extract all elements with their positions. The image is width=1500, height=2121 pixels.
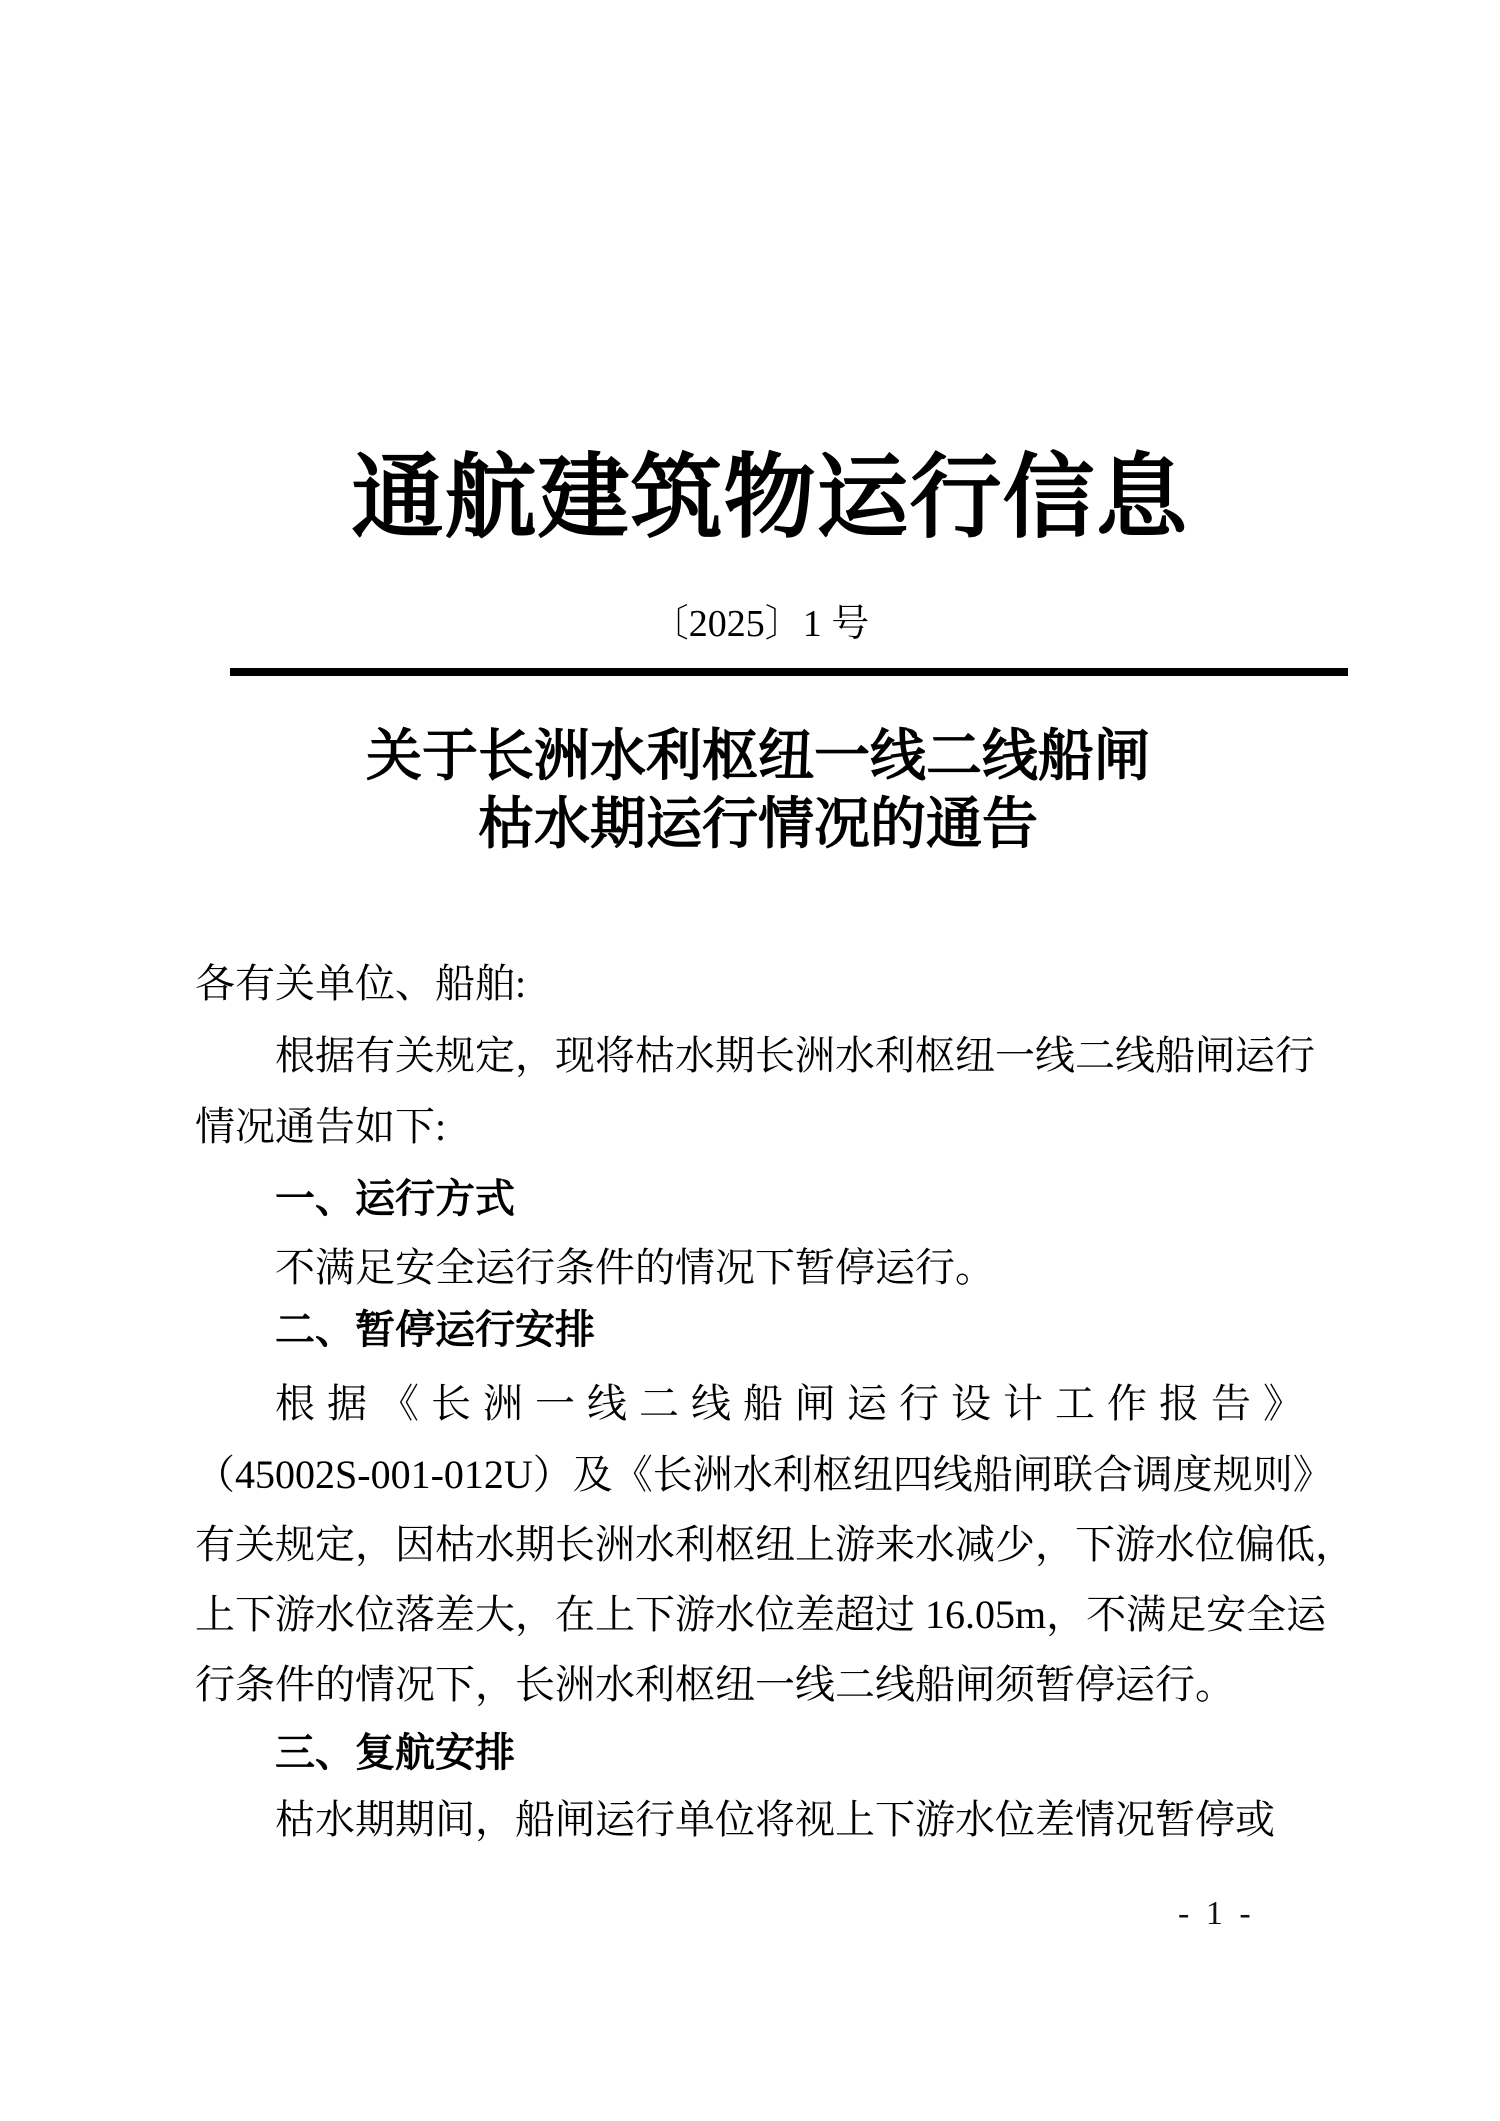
notice-title: 关于长洲水利枢纽一线二线船闸 枯水期运行情况的通告 xyxy=(8,722,1500,858)
document-page: 通航建筑物运行信息 〔2025〕1 号 关于长洲水利枢纽一线二线船闸 枯水期运行… xyxy=(0,0,1500,2121)
masthead-title: 通航建筑物运行信息 xyxy=(20,442,1500,552)
doc-number: 〔2025〕1 号 xyxy=(10,598,1500,650)
section-2-line-5: 行条件的情况下，长洲水利枢纽一线二线船闸须暂停运行。 xyxy=(195,1662,1235,1708)
section-2-line-3: 有关规定，因枯水期长洲水利枢纽上游来水减少，下游水位偏低， xyxy=(195,1522,1355,1568)
section-2-line-1: 根据《长洲一线二线船闸运行设计工作报告》 xyxy=(275,1381,1315,1427)
notice-title-line-1: 关于长洲水利枢纽一线二线船闸 xyxy=(8,722,1500,790)
intro-line-1: 根据有关规定，现将枯水期长洲水利枢纽一线二线船闸运行 xyxy=(275,1033,1315,1079)
section-2-line-2: （45002S-001-012U）及《长洲水利枢纽四线船闸联合调度规则》 xyxy=(195,1452,1333,1498)
section-2-heading: 二、暂停运行安排 xyxy=(275,1307,595,1353)
section-3-line-1: 枯水期期间，船闸运行单位将视上下游水位差情况暂停或 xyxy=(275,1797,1275,1843)
salutation: 各有关单位、船舶: xyxy=(195,961,526,1007)
section-1-line-1: 不满足安全运行条件的情况下暂停运行。 xyxy=(275,1245,995,1291)
masthead-rule-divider xyxy=(230,668,1348,676)
section-3-heading: 三、复航安排 xyxy=(275,1730,515,1776)
section-2-line-4: 上下游水位落差大，在上下游水位差超过 16.05m，不满足安全运 xyxy=(195,1592,1326,1638)
page-number: - 1 - xyxy=(1178,1894,1255,1934)
section-1-heading: 一、运行方式 xyxy=(275,1176,515,1222)
intro-line-2: 情况通告如下: xyxy=(195,1104,446,1150)
notice-title-line-2: 枯水期运行情况的通告 xyxy=(8,790,1500,858)
